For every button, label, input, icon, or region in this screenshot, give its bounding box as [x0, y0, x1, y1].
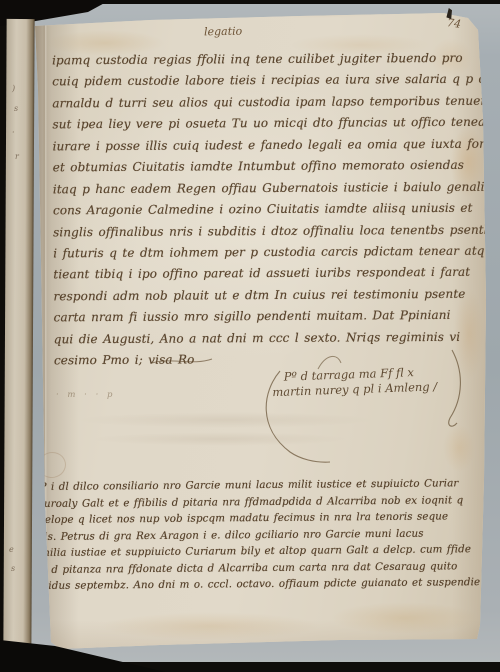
show-through-smudge [90, 432, 350, 446]
gutter-ink-mark: ) [12, 84, 15, 93]
manuscript-line: arnaldu d turri seu alios qui custodia i… [52, 91, 484, 115]
show-through-smudge [75, 412, 375, 428]
folio-number: 74 [446, 16, 461, 31]
stain [100, 612, 320, 640]
stain [330, 602, 480, 634]
manuscript-line: respondi adm nob plauit ut e dtm In cuiu… [53, 283, 485, 307]
manuscript-line: i futuris q te dtm iohmem per p custodia… [53, 241, 485, 265]
stain [443, 424, 475, 472]
manuscript-line: cuiq pidem custodie labore tieis i recip… [52, 69, 484, 93]
manuscript-line: singlis offinalibus nris i subditis i dt… [53, 219, 485, 243]
manuscript-line: tieant tibiq i ipo offino pareat id assu… [53, 262, 485, 286]
manuscript-line: ipamq custodia regias ffolii inq tene cu… [52, 48, 484, 72]
manuscript-line: iurare i posse illis cuiq iudest e faned… [53, 133, 485, 157]
chancery-note: Pº d tarraga ma Ff fl x martin nurey q p… [284, 364, 438, 398]
manuscript-line: sut ipea liey vere pi osueta Tu uo micqi… [52, 112, 484, 136]
faded-marginal-note: · m · · p [56, 390, 115, 400]
manuscript-line: itaq p hanc eadem Regen offiau Gubernato… [53, 176, 485, 200]
manuscript-line: cons Aragonie Calmedine i ozino Ciuitati… [53, 198, 485, 222]
main-text-block: ipamq custodia regias ffolii inq tene cu… [52, 48, 486, 372]
gutter-ink-mark: s [11, 564, 15, 573]
manuscript-line: carta nram fi iussio mro sigillo pendent… [54, 305, 486, 329]
gutter-ink-mark: r [15, 152, 19, 161]
gutter-ink-mark: · [12, 128, 15, 137]
manuscript-photo: ) s · r e s legatio 74 ipamq custodia re… [0, 0, 500, 672]
manuscript-line: et obtumias Ciuitatis iamdte Intumbut of… [53, 155, 485, 179]
gutter-ink-mark: e [9, 545, 14, 554]
manuscript-page: legatio 74 ipamq custodia regias ffolii … [0, 0, 500, 672]
page-heading-word: legatio [204, 25, 242, 39]
manuscript-line: - idus septembz. Ano dni m o. cccl. octa… [40, 574, 488, 594]
manuscript-line: qui die Augusti, Ano a nat dni m ccc l s… [54, 326, 486, 350]
gutter-ink-mark: s [14, 104, 18, 113]
lower-text-block: P i dl dilco consiliario nro Garcie muni… [40, 475, 489, 595]
